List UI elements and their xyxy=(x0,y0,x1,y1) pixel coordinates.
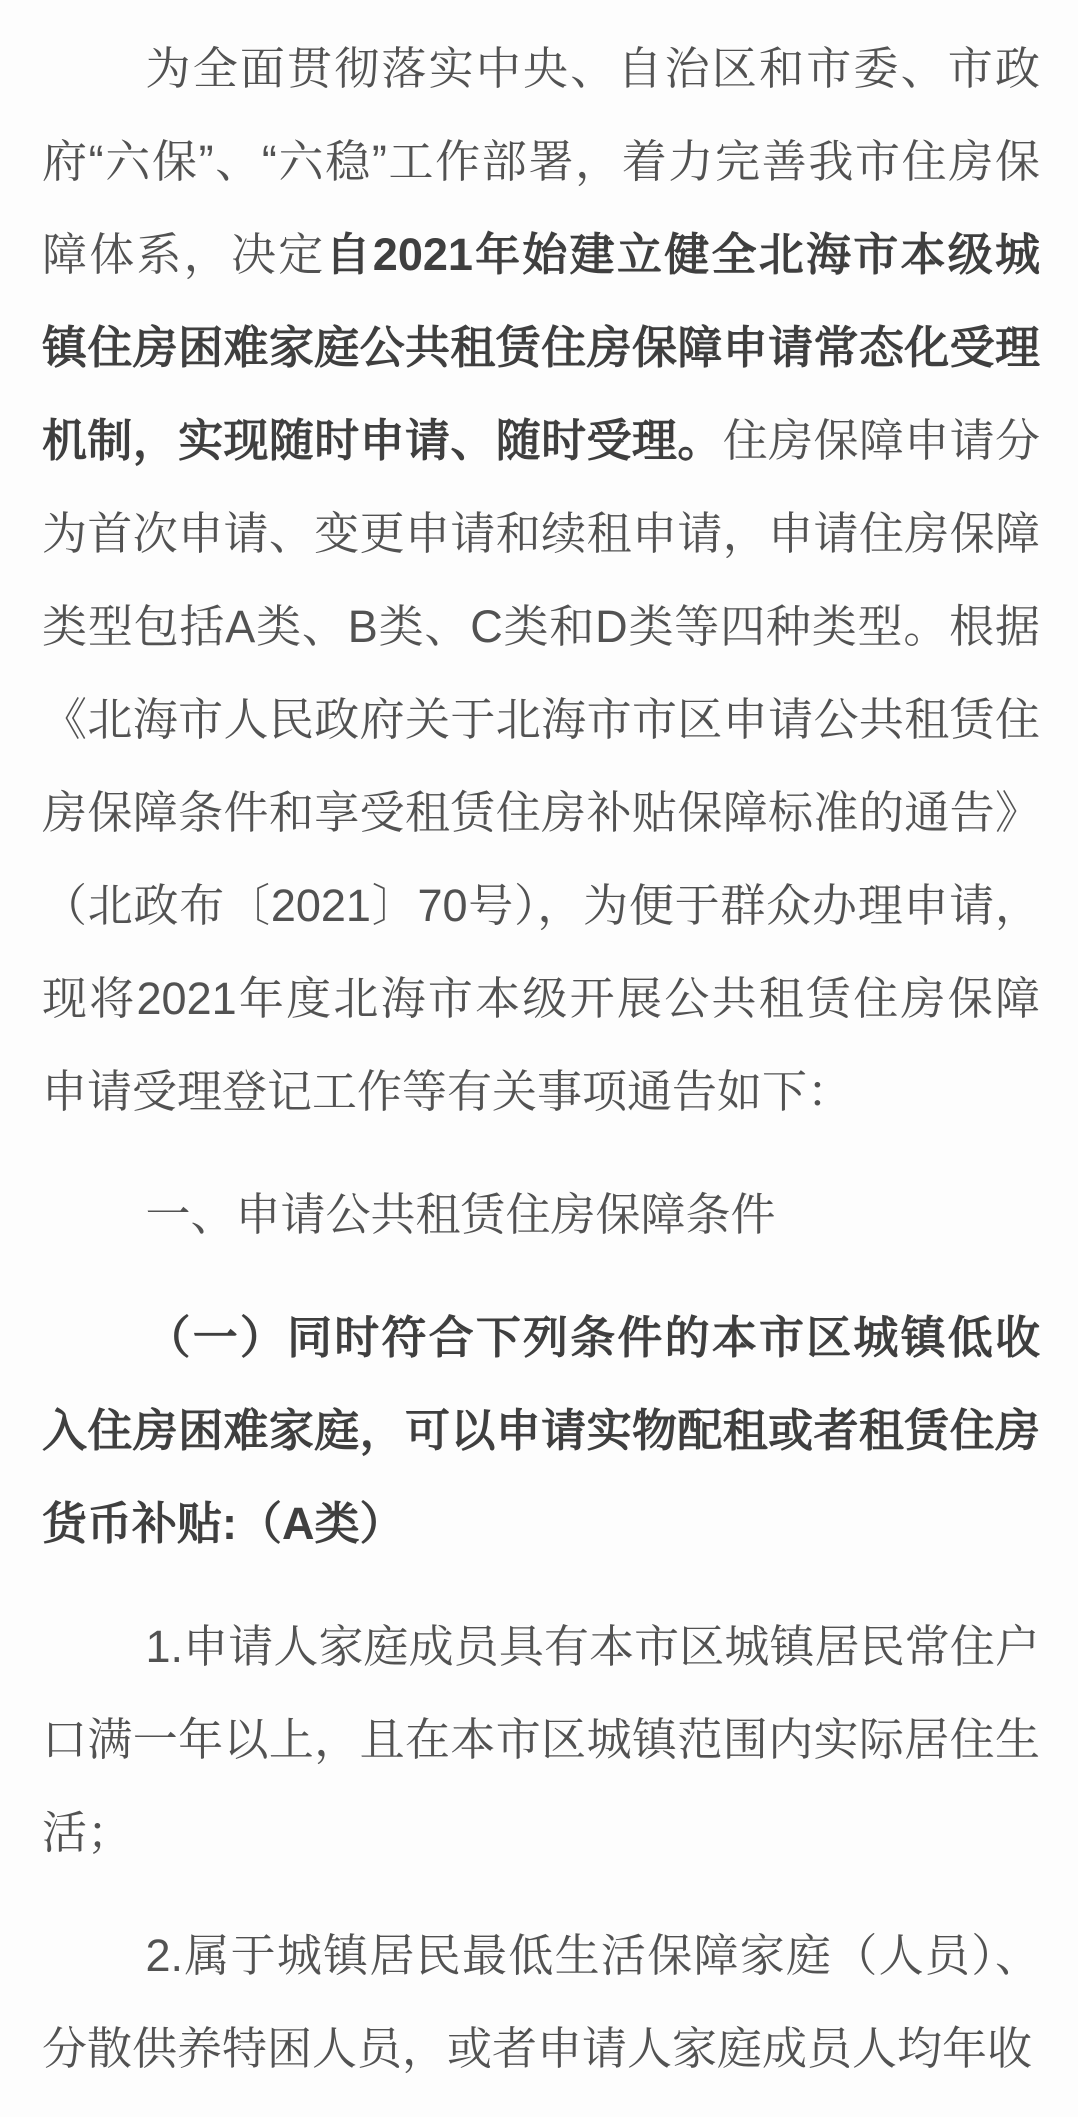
paragraph-section-1-heading: 一、申请公共租赁住房保障条件 xyxy=(42,1168,1040,1261)
paragraph-condition-2: 2.属于城镇居民最低生活保障家庭（人员）、分散供养特困人员，或者申请人家庭成员人… xyxy=(42,1909,1040,2095)
section-1-heading-text: 一、申请公共租赁住房保障条件 xyxy=(146,1189,776,1240)
condition-2-text: 2.属于城镇居民最低生活保障家庭（人员）、分散供养特困人员，或者申请人家庭成员人… xyxy=(42,1930,1040,2074)
paragraph-intro: 为全面贯彻落实中央、自治区和市委、市政府“六保”、“六稳”工作部署，着力完善我市… xyxy=(42,22,1040,1138)
notice-document: 为全面贯彻落实中央、自治区和市委、市政府“六保”、“六稳”工作部署，着力完善我市… xyxy=(0,0,1078,2117)
section-1-1-heading-text: （一）同时符合下列条件的本市区城镇低收入住房困难家庭，可以申请实物配租或者租赁住… xyxy=(42,1312,1040,1549)
condition-1-text: 1.申请人家庭成员具有本市区城镇居民常住户口满一年以上，且在本市区城镇范围内实际… xyxy=(42,1621,1040,1858)
paragraph-condition-1: 1.申请人家庭成员具有本市区城镇居民常住户口满一年以上，且在本市区城镇范围内实际… xyxy=(42,1600,1040,1879)
intro-text-regular-2: 住房保障申请分为首次申请、变更申请和续租申请，申请住房保障类型包括A类、B类、C… xyxy=(42,415,1040,1117)
paragraph-section-1-1-heading: （一）同时符合下列条件的本市区城镇低收入住房困难家庭，可以申请实物配租或者租赁住… xyxy=(42,1291,1040,1570)
